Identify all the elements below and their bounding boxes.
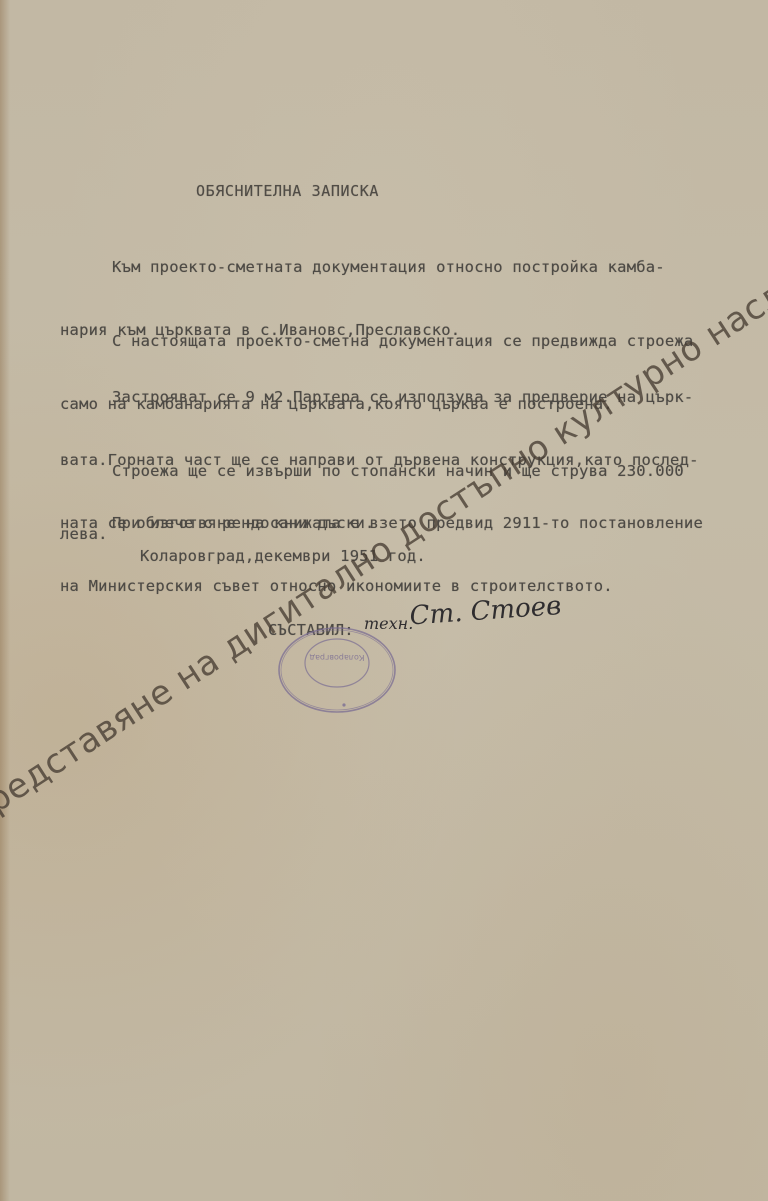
paper-left-edge-stain [0,0,10,1201]
subtitle-line: Към проекто-сметната документация относн… [112,257,665,278]
paragraph-line: на Министерския съвет относно икономиите… [60,576,703,597]
stamp-inner-text: Коларовград [309,653,364,662]
round-stamp-icon: Коларовград [274,625,400,715]
document-title: ОБЯСНИТЕЛНА ЗАПИСКА [196,181,379,202]
